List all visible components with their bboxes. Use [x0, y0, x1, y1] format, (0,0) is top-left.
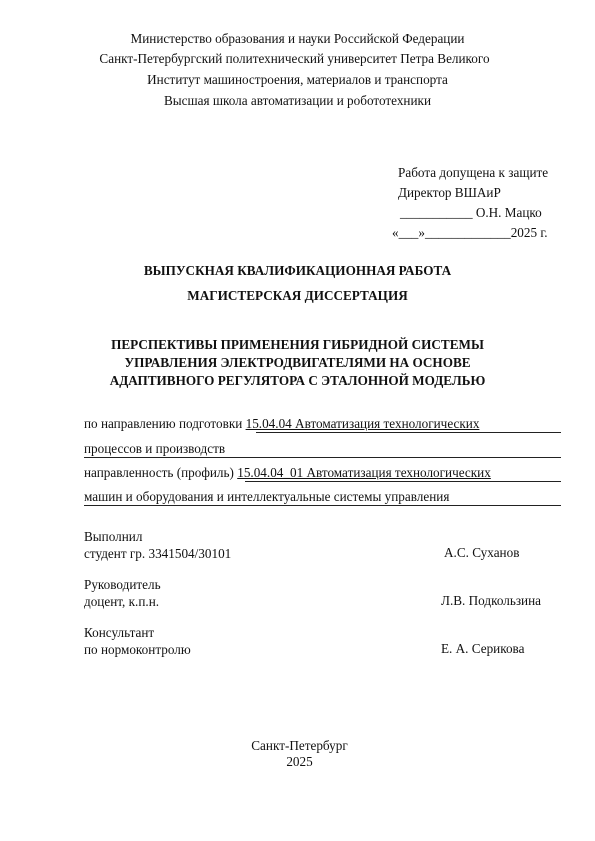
approval-signature: ___________ О.Н. Мацко — [400, 203, 542, 224]
signature-name-supervisor: Л.В. Подкользина — [441, 593, 541, 609]
signature-block-consultant: Консультант по нормоконтролю — [84, 625, 191, 658]
profile-value-cont: машин и оборудования и интеллектуальные … — [84, 489, 449, 504]
thesis-title-line-3: АДАПТИВНОГО РЕГУЛЯТОРА С ЭТАЛОННОЙ МОДЕЛ… — [0, 372, 595, 390]
direction-value: 15.04.04 Автоматизация технологических — [246, 416, 480, 431]
signature-position: доцент, к.п.н. — [84, 594, 161, 611]
signature-block-student: Выполнил студент гр. 3341504/30101 — [84, 529, 231, 562]
work-type-subtitle: МАГИСТЕРСКАЯ ДИССЕРТАЦИЯ — [0, 288, 595, 304]
work-type-title: ВЫПУСКНАЯ КВАЛИФИКАЦИОННАЯ РАБОТА — [0, 263, 595, 279]
approval-director: Директор ВШАиР — [398, 183, 501, 204]
school-line: Высшая школа автоматизации и робототехни… — [0, 91, 595, 112]
footer-year: 2025 — [2, 754, 595, 770]
signature-role: Выполнил — [84, 529, 231, 546]
signature-role: Руководитель — [84, 577, 161, 594]
profile-line-1: направленность (профиль) 15.04.04_01 Авт… — [84, 465, 561, 481]
university-line: Санкт-Петербургский политехнический унив… — [0, 49, 592, 70]
thesis-title-line-2: УПРАВЛЕНИЯ ЭЛЕКТРОДВИГАТЕЛЯМИ НА ОСНОВЕ — [0, 354, 595, 372]
profile-value: 15.04.04_01 Автоматизация технологически… — [237, 465, 491, 480]
direction-label: по направлению подготовки — [84, 416, 246, 431]
signature-role: Консультант — [84, 625, 191, 642]
signature-position: студент гр. 3341504/30101 — [84, 546, 231, 563]
ministry-line: Министерство образования и науки Российс… — [0, 29, 595, 50]
thesis-title-line-1: ПЕРСПЕКТИВЫ ПРИМЕНЕНИЯ ГИБРИДНОЙ СИСТЕМЫ — [0, 336, 595, 354]
underline-rule — [84, 457, 561, 458]
direction-line-1: по направлению подготовки 15.04.04 Автом… — [84, 416, 561, 432]
signature-name-consultant: Е. А. Серикова — [441, 641, 524, 657]
underline-rule — [84, 505, 561, 506]
underline-rule — [245, 481, 561, 482]
approval-date: «___»_____________2025 г. — [392, 223, 548, 244]
signature-block-supervisor: Руководитель доцент, к.п.н. — [84, 577, 161, 610]
institute-line: Институт машиностроения, материалов и тр… — [0, 70, 595, 91]
profile-line-2: машин и оборудования и интеллектуальные … — [84, 489, 561, 505]
signature-name-student: А.С. Суханов — [444, 545, 519, 561]
underline-rule — [256, 432, 561, 433]
footer-city: Санкт-Петербург — [2, 738, 595, 754]
profile-label: направленность (профиль) — [84, 465, 237, 480]
approval-admitted: Работа допущена к защите — [398, 163, 548, 184]
signature-position: по нормоконтролю — [84, 642, 191, 659]
direction-line-2: процессов и производств — [84, 441, 561, 457]
direction-value-cont: процессов и производств — [84, 441, 225, 456]
